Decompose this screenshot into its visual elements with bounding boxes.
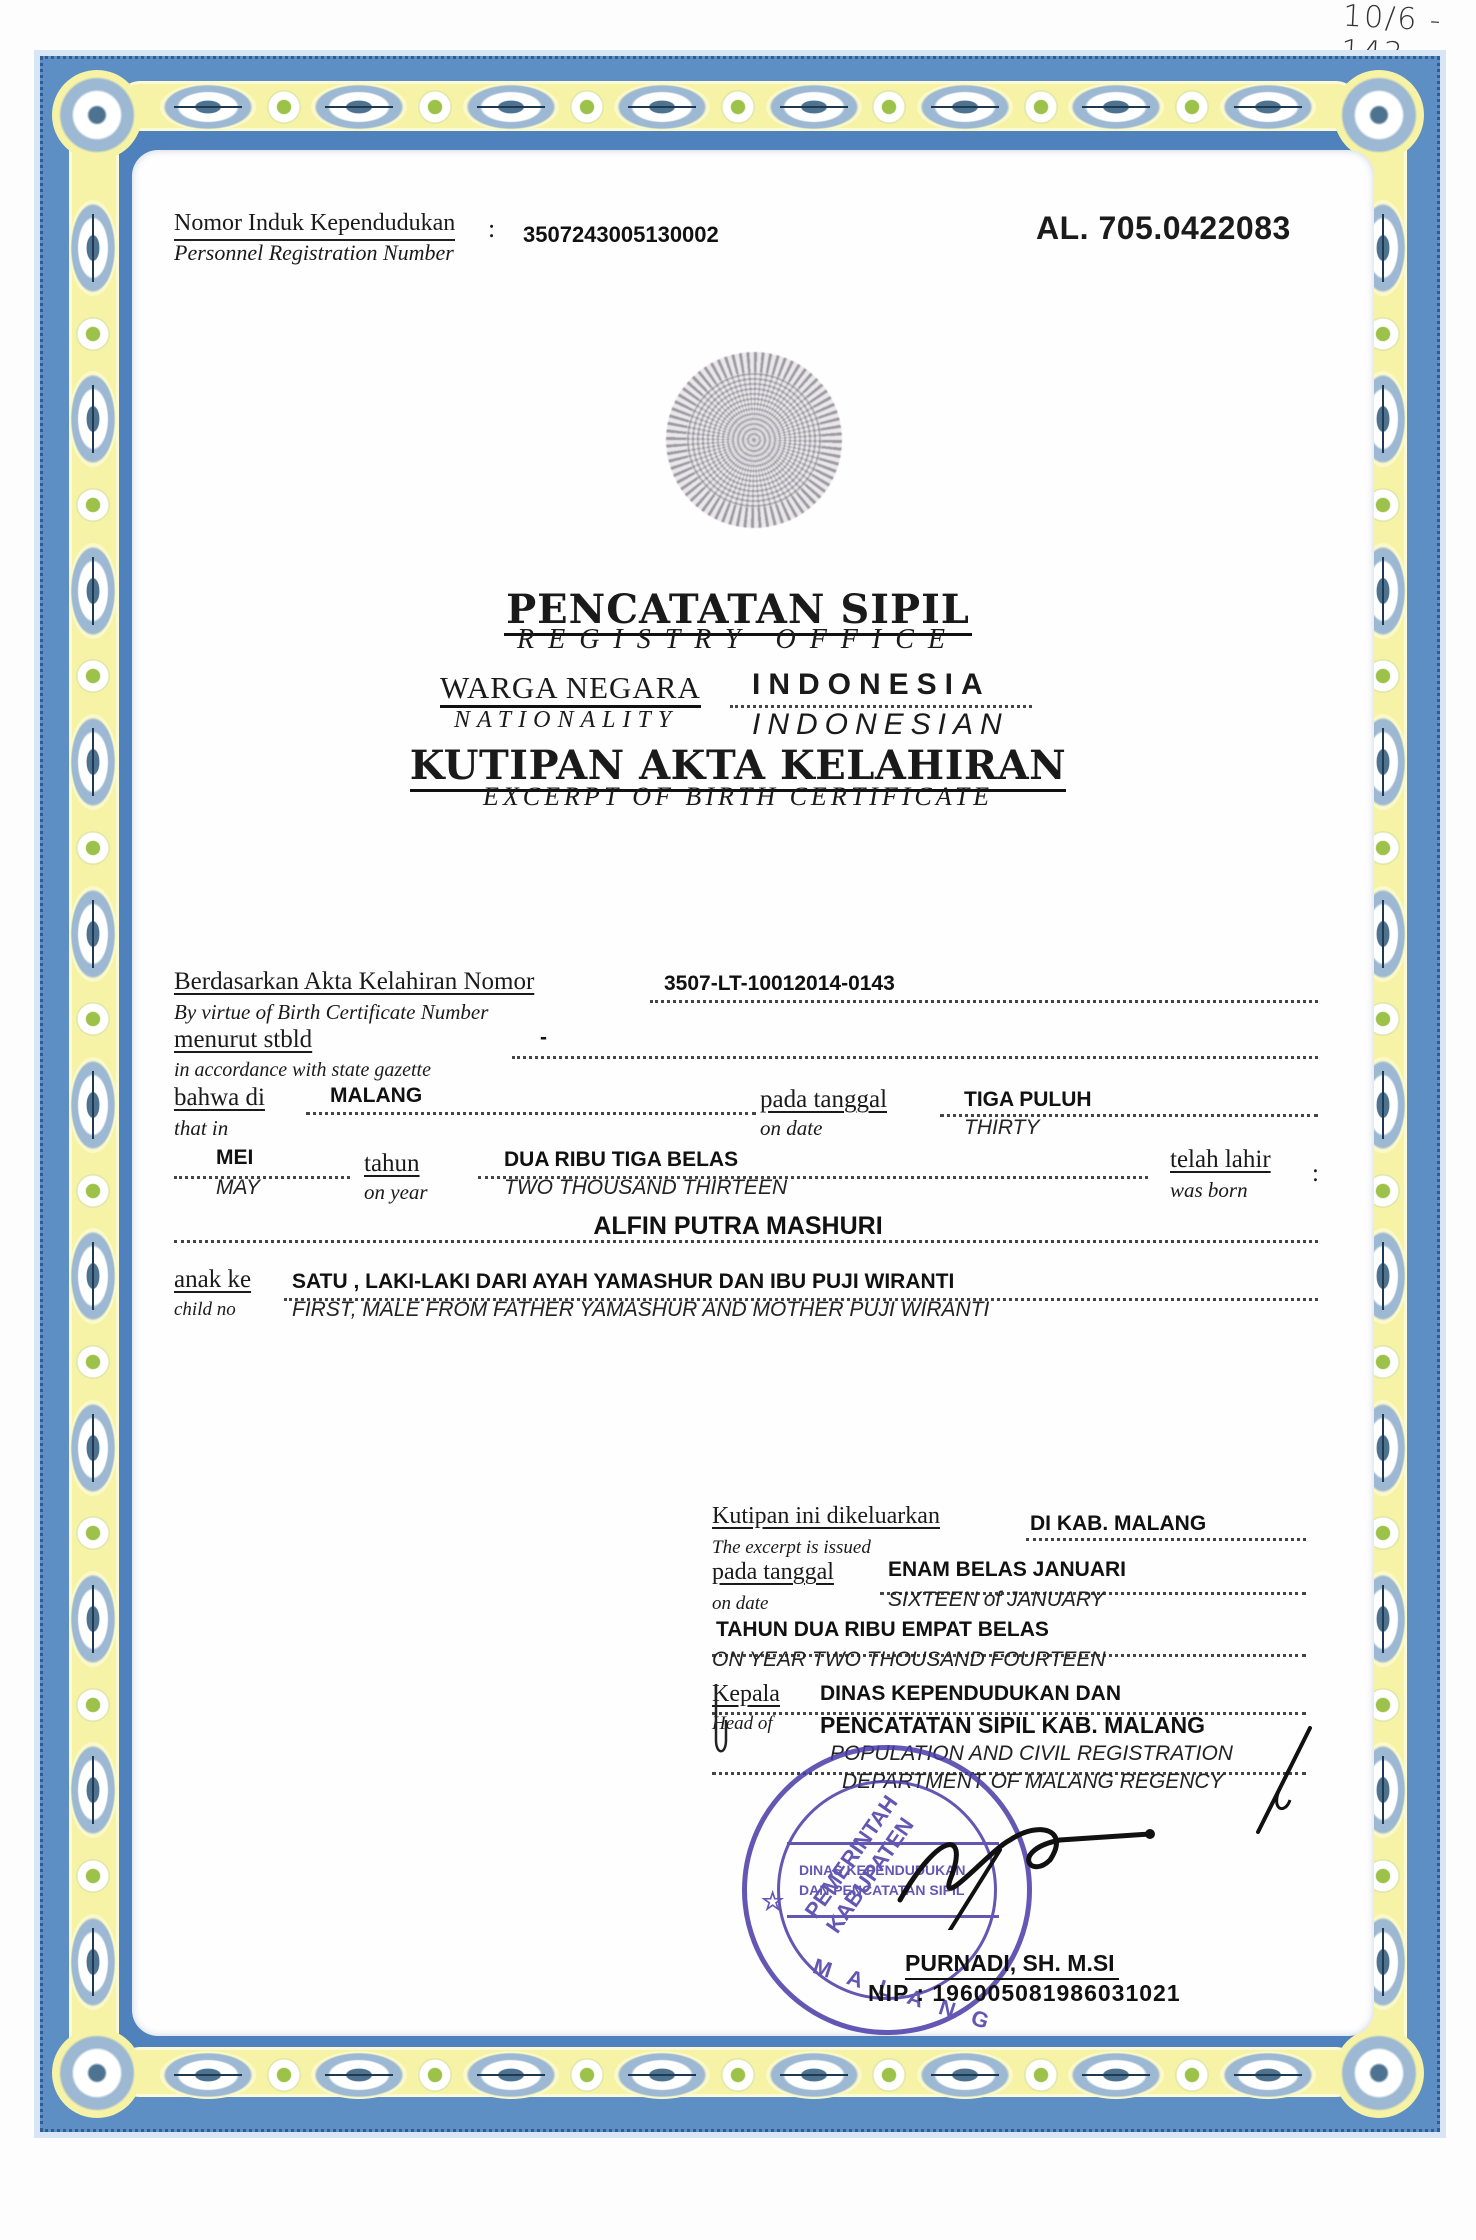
born-label-en: was born (1170, 1178, 1248, 1202)
birth-place-label: bahwa di (174, 1084, 265, 1112)
nationality-label-en: NATIONALITY (454, 707, 678, 734)
child-name: ALFIN PUTRA MASHURI (0, 1212, 1476, 1241)
nik-value: 3507243005130002 (523, 222, 719, 248)
signature (880, 1790, 1160, 1930)
issued-label-en: The excerpt is issued (712, 1536, 871, 1560)
nik-label: Nomor Induk Kependudukan Personnel Regis… (174, 210, 455, 265)
child-no-label-en: child no (174, 1298, 236, 1322)
born-label: telah lahir (1170, 1146, 1271, 1174)
head-office-line1: DINAS KEPENDUDUKAN DAN (820, 1682, 1121, 1706)
signer-name: PURNADI, SH. M.SI (905, 1950, 1119, 1980)
issued-label: Kutipan ini dikeluarkan (712, 1502, 940, 1530)
birth-year-label: tahun (364, 1150, 420, 1178)
issued-year-value: TAHUN DUA RIBU EMPAT BELAS (716, 1618, 1049, 1642)
nationality-value: INDONESIA (752, 668, 991, 702)
nik-label-id: Nomor Induk Kependudukan (174, 210, 455, 241)
birth-year-label-en: on year (364, 1180, 428, 1204)
signer-nip: NIP : 196005081986031021 (868, 1980, 1181, 2007)
issued-place-value: DI KAB. MALANG (1030, 1512, 1206, 1536)
frame-corner-ornament (1334, 70, 1424, 160)
frame-corner-ornament (52, 2028, 142, 2118)
issued-date-label: pada tanggal (712, 1558, 834, 1586)
head-office-line2: PENCATATAN SIPIL KAB. MALANG (820, 1712, 1205, 1739)
frame-ornament-bottom (160, 2040, 1316, 2110)
birth-month-dotted-line (174, 1176, 350, 1179)
child-no-label: anak ke (174, 1266, 251, 1294)
birth-place-dotted-line (306, 1112, 756, 1115)
issued-year-value-en: ON YEAR TWO THOUSAND FOURTEEN (712, 1648, 1106, 1672)
birth-date-value-en: THIRTY (964, 1116, 1039, 1140)
frame-corner-ornament (52, 70, 142, 160)
cert-number-dotted-line (650, 1000, 1318, 1003)
frame-corner-ornament (1334, 2028, 1424, 2118)
born-separator: : (1312, 1160, 1319, 1188)
issued-date-value: ENAM BELAS JANUARI (888, 1558, 1126, 1582)
stbld-dotted-line (512, 1056, 1318, 1059)
stbld-label-en: in accordance with state gazette (174, 1058, 431, 1082)
birth-date-value: TIGA PULUH (964, 1088, 1092, 1112)
frame-ornament-left (58, 200, 128, 2010)
stbld-label: menurut stbld (174, 1026, 312, 1054)
document-title-en: EXCERPT OF BIRTH CERTIFICATE (0, 782, 1476, 812)
star-icon: ☆ (761, 1886, 784, 1917)
issued-date-label-en: on date (712, 1592, 768, 1616)
birth-place-value: MALANG (330, 1084, 422, 1108)
birth-place-label-en: that in (174, 1116, 228, 1140)
issued-place-dotted-line (1026, 1538, 1306, 1541)
stbld-value: - (540, 1026, 547, 1050)
nationality-label: WARGA NEGARA (440, 670, 701, 706)
birth-year-value: DUA RIBU TIGA BELAS (504, 1148, 738, 1172)
issued-date-value-en: SIXTEEN of JANUARY (888, 1588, 1104, 1612)
serial-number: AL. 705.0422083 (1036, 210, 1291, 247)
child-no-value: SATU , LAKI-LAKI DARI AYAH YAMASHUR DAN … (292, 1270, 954, 1294)
nik-separator: : (488, 214, 495, 244)
child-name-dotted-line (174, 1240, 1318, 1243)
child-no-value-en: FIRST, MALE FROM FATHER YAMASHUR AND MOT… (292, 1298, 989, 1322)
cert-number-label: Berdasarkan Akta Kelahiran Nomor (174, 968, 534, 996)
cert-number-value: 3507-LT-10012014-0143 (664, 972, 895, 996)
birth-month-value: MEI (216, 1146, 253, 1170)
cert-number-label-en: By virtue of Birth Certificate Number (174, 1000, 488, 1024)
nationality-label-id: WARGA NEGARA (440, 670, 701, 708)
frame-ornament-top (160, 72, 1316, 142)
birth-date-label-en: on date (760, 1116, 822, 1140)
nik-label-en: Personnel Registration Number (174, 241, 455, 265)
embossed-seal (666, 352, 842, 528)
nationality-value-en: INDONESIAN (752, 708, 1009, 742)
margin-mark (706, 1680, 736, 1770)
birth-date-label: pada tanggal (760, 1086, 887, 1114)
office-title-en: REGISTRY OFFICE (0, 624, 1476, 656)
birth-year-value-en: TWO THOUSAND THIRTEEN (504, 1176, 787, 1200)
birth-month-value-en: MAY (216, 1176, 260, 1200)
paraf-initial (1250, 1720, 1320, 1840)
